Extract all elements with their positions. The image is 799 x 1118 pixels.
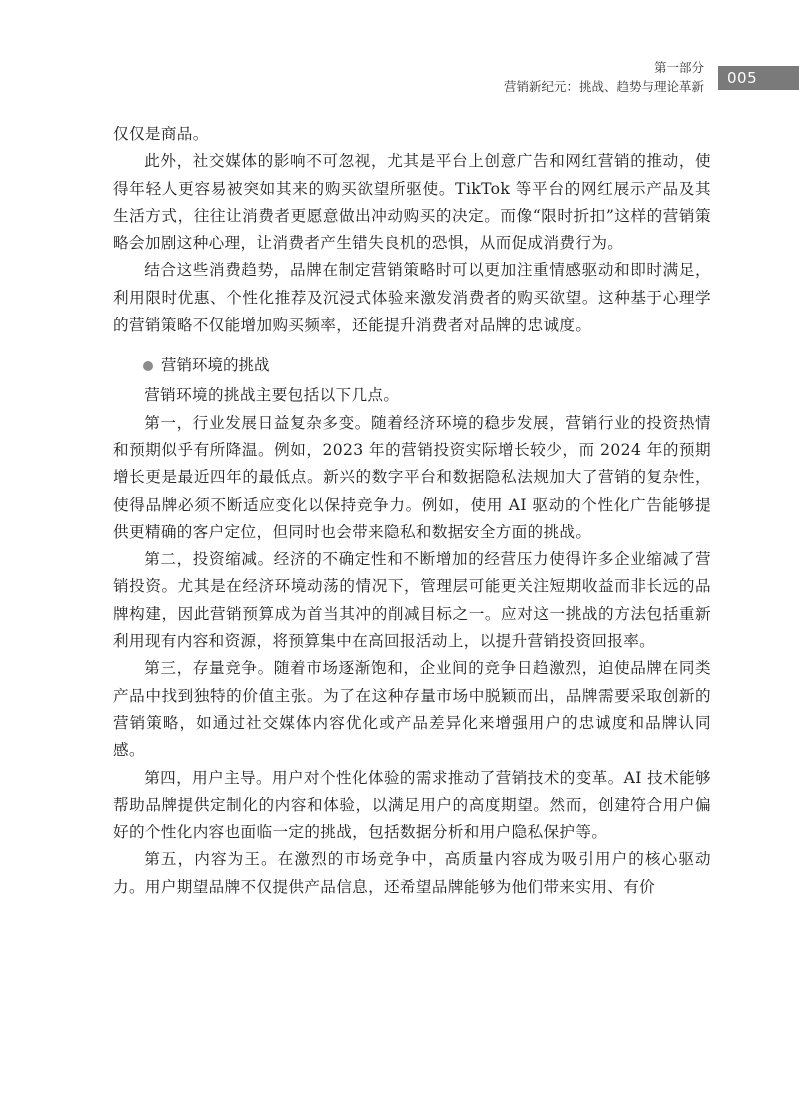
paragraph: 结合这些消费趋势，品牌在制定营销策略时可以更加注重情感驱动和即时满足，利用限时优…: [113, 257, 711, 339]
page-number-tab: 005: [718, 66, 799, 90]
paragraph: 第四，用户主导。用户对个性化体验的需求推动了营销技术的变革。AI 技术能够帮助品…: [113, 765, 711, 847]
paragraph: 第五，内容为王。在激烈的市场竞争中，高质量内容成为吸引用户的核心驱动力。用户期望…: [113, 846, 711, 901]
paragraph: 营销环境的挑战主要包括以下几点。: [113, 382, 711, 409]
chapter-title: 营销新纪元：挑战、趋势与理论革新: [504, 77, 704, 96]
paragraph: 第三，存量竞争。随着市场逐渐饱和，企业间的竞争日趋激烈，迫使品牌在同类产品中找到…: [113, 655, 711, 764]
part-title: 第一部分: [504, 58, 704, 77]
paragraph: 第二，投资缩减。经济的不确定性和不断增加的经营压力使得许多企业缩减了营销投资。尤…: [113, 546, 711, 655]
section-heading: 营销环境的挑战: [113, 352, 711, 379]
paragraph: 第一，行业发展日益复杂多变。随着经济环境的稳步发展，营销行业的投资热情和预期似乎…: [113, 410, 711, 546]
paragraph: 仅仅是商品。: [113, 121, 711, 148]
body-text: 仅仅是商品。 此外，社交媒体的影响不可忽视，尤其是平台上创意广告和网红营销的推动…: [113, 121, 711, 901]
section-title: 营销环境的挑战: [141, 356, 270, 374]
running-head: 第一部分 营销新纪元：挑战、趋势与理论革新: [504, 58, 704, 96]
paragraph: 此外，社交媒体的影响不可忽视，尤其是平台上创意广告和网红营销的推动，使得年轻人更…: [113, 148, 711, 257]
